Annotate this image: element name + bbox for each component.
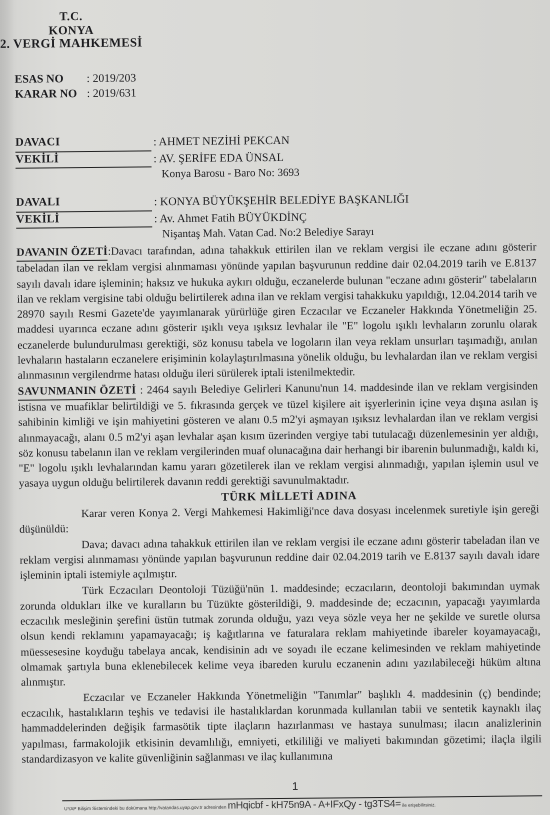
- page-number: 1: [292, 781, 298, 793]
- verification-code: mHqicbf - kH75n9A - A+IFxQy - tg3TS4=: [228, 799, 401, 812]
- defendant-block: DAVALI : KONYA BÜYÜKŞEHİR BELEDİYE BAŞKA…: [16, 190, 536, 244]
- case-summary-title: DAVANIN ÖZETİ: [16, 245, 108, 262]
- defense-summary-title: SAVUNMANIN ÖZETİ: [18, 383, 136, 401]
- plaintiff-counsel-label: VEKİLİ: [15, 151, 151, 169]
- case-summary: DAVANIN ÖZETİ:Davacı tarafından, adına t…: [16, 240, 537, 384]
- court-header: T.C. KONYA 2. VERGİ MAHKEMESİ: [0, 9, 146, 51]
- document-body: DAVANIN ÖZETİ:Davacı tarafından, adına t…: [16, 240, 541, 768]
- footer-suffix: ile erişebilirsiniz.: [402, 802, 436, 807]
- defendant-counsel-label: VEKİLİ: [16, 211, 152, 229]
- karar-no-value: : 2019/631: [85, 86, 137, 102]
- defendant-label: DAVALI: [16, 194, 152, 212]
- plaintiff-label: DAVACI: [15, 134, 151, 152]
- plaintiff-name: : AHMET NEZİHİ PEKCAN: [151, 134, 289, 151]
- header-court-name: 2. VERGİ MAHKEMESİ: [0, 36, 146, 51]
- footer-prefix: UYAP Bilişim Sistemindeki bu dokümana ht…: [64, 805, 226, 812]
- paragraph-2: Dava; davacı adına tahakkuk ettirilen il…: [19, 533, 539, 584]
- karar-no-label: KARAR NO: [15, 87, 85, 103]
- esas-no-label: ESAS NO: [15, 72, 85, 88]
- case-references: ESAS NO : 2019/203 KARAR NO : 2019/631: [15, 71, 137, 102]
- paragraph-4: Eczacılar ve Eczaneler Hakkında Yönetmel…: [21, 686, 542, 768]
- plaintiff-counsel-name: : AV. ŞERİFE EDA ÜNSAL: [151, 150, 283, 167]
- defendant-counsel-name: : Av. Ahmet Fatih BÜYÜKDİNÇ: [152, 210, 307, 227]
- plaintiff-block: DAVACI : AHMET NEZİHİ PEKCAN VEKİLİ : AV…: [15, 130, 535, 184]
- defense-summary: SAVUNMANIN ÖZETİ : 2464 sayılı Belediye …: [18, 379, 539, 493]
- paragraph-3: Türk Eczacıları Deontoloji Tüzüğü'nün 1.…: [20, 579, 541, 692]
- defendant-name: : KONYA BÜYÜKŞEHİR BELEDİYE BAŞKANLIĞI: [152, 193, 409, 211]
- case-summary-text: :Davacı tarafından, adına tahakkuk ettir…: [17, 241, 538, 382]
- court-decision-page: T.C. KONYA 2. VERGİ MAHKEMESİ ESAS NO : …: [0, 0, 550, 815]
- esas-no-value: : 2019/203: [85, 71, 137, 87]
